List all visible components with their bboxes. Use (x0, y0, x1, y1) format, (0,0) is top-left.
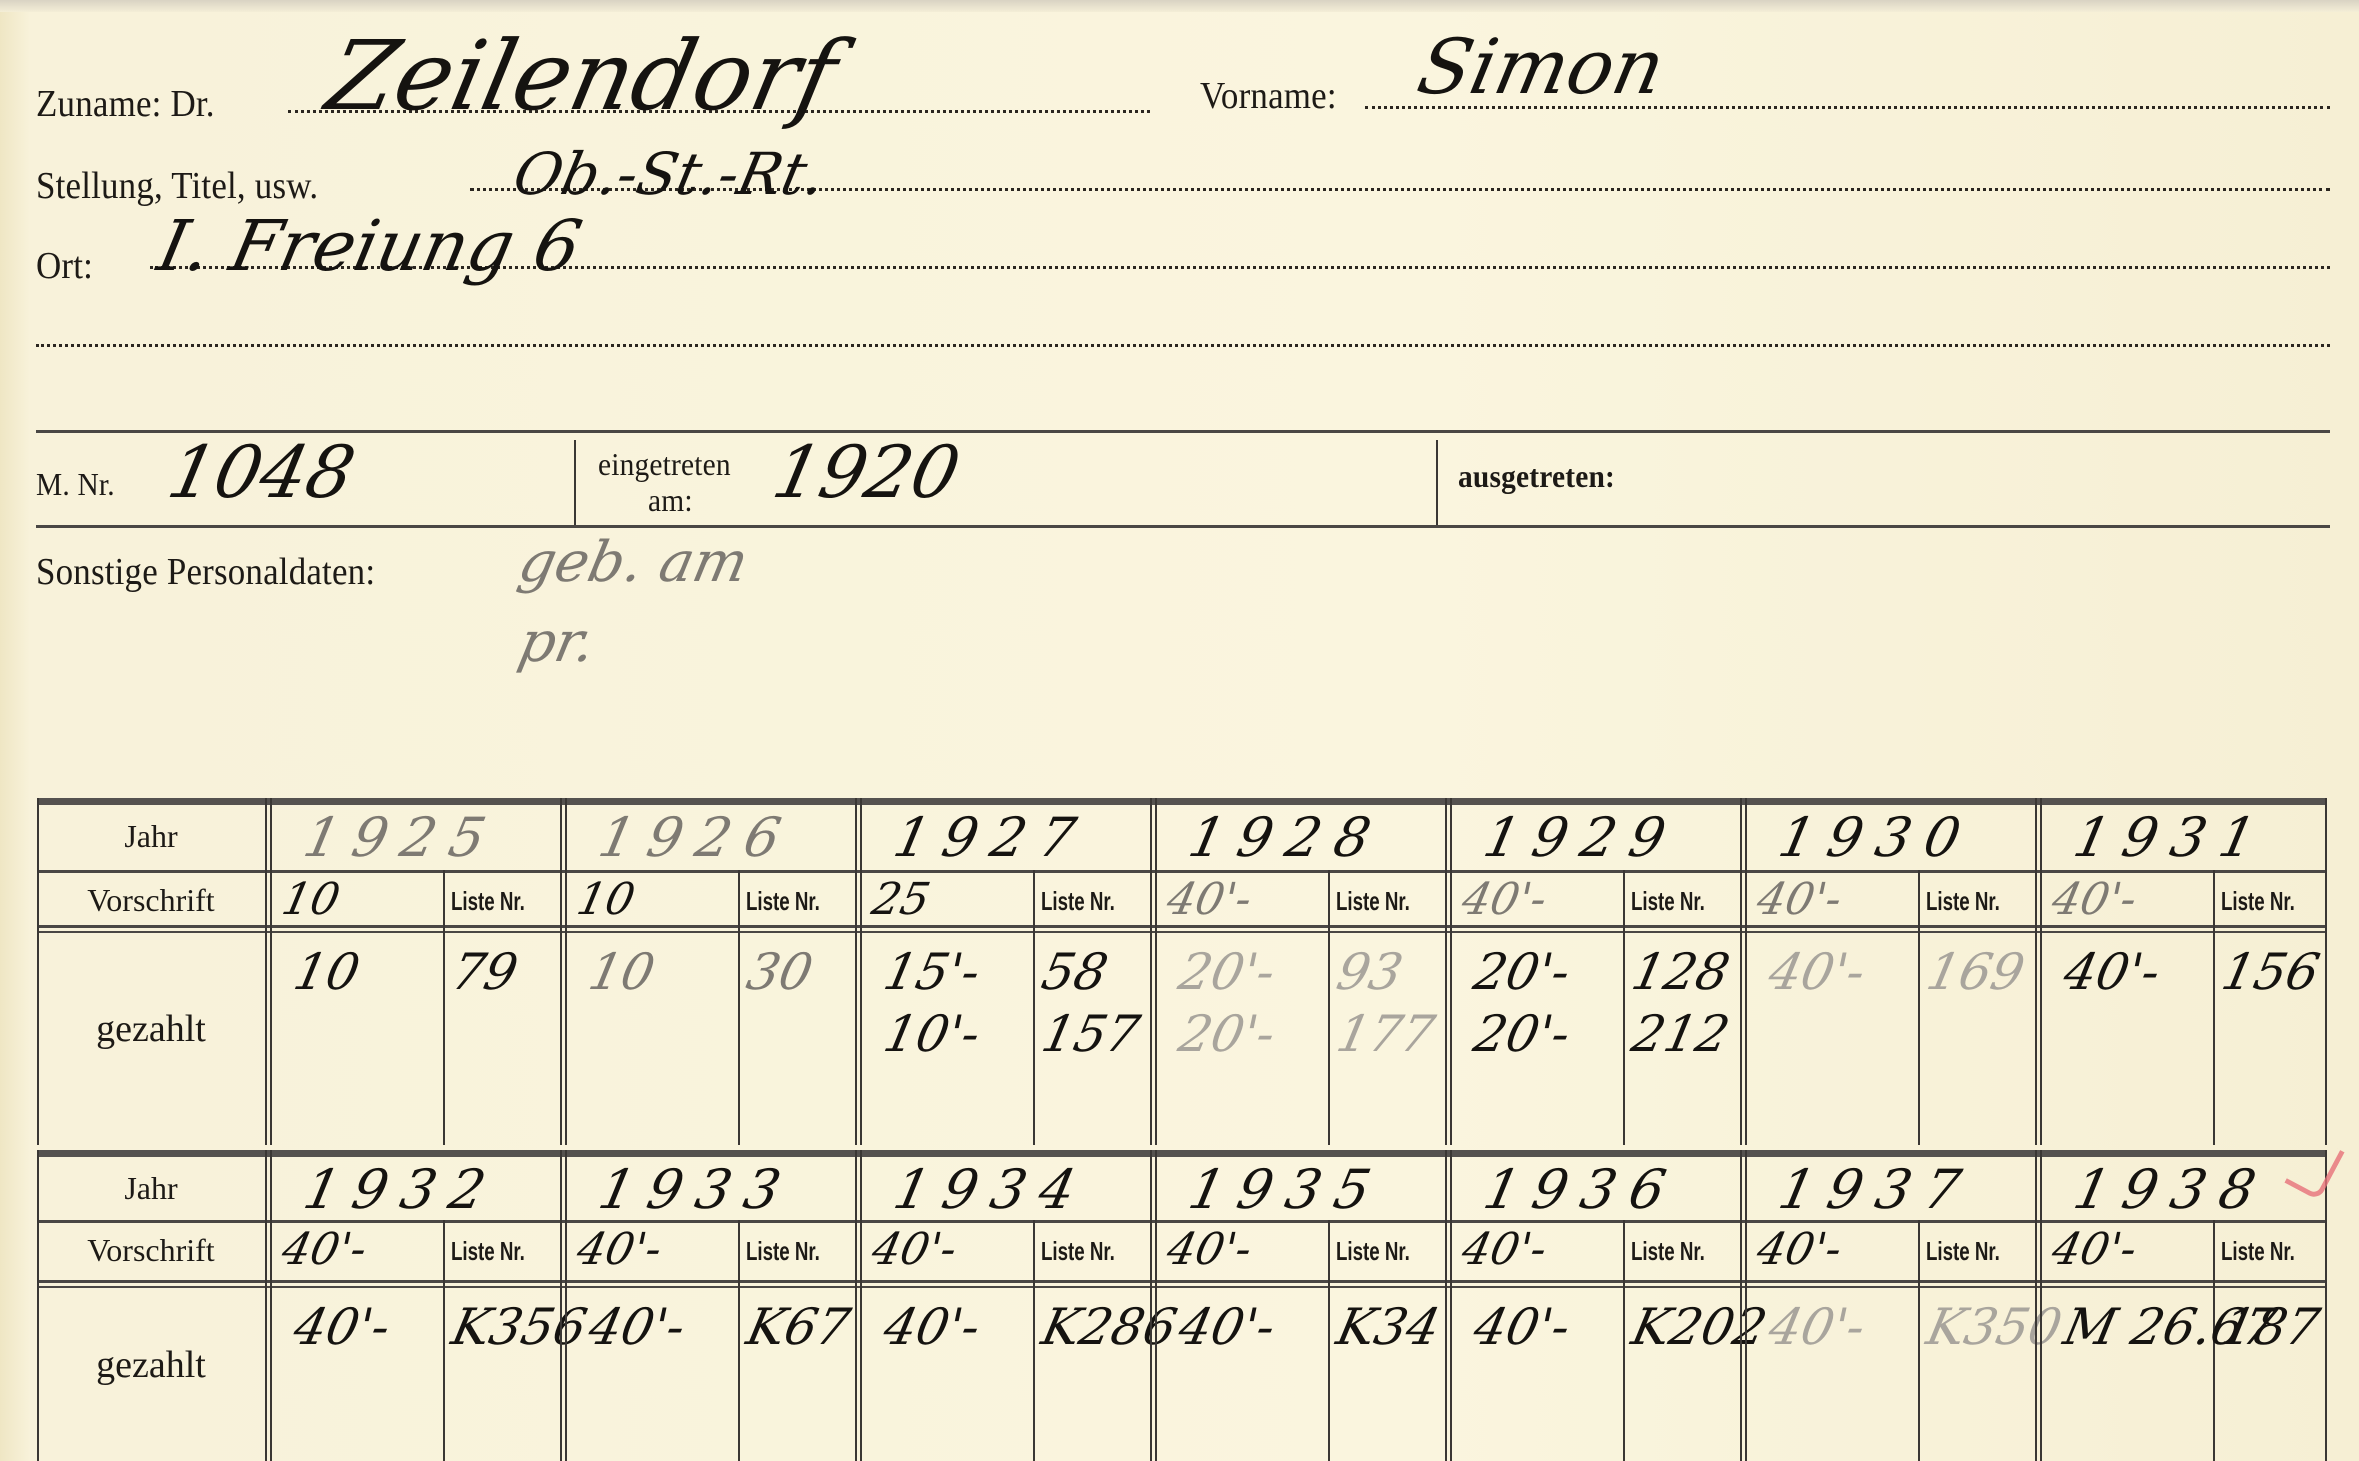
list-no-value: 187 (2217, 1298, 2325, 1356)
column-divider (1445, 1150, 1447, 1461)
paid-value: 40'- (584, 1298, 691, 1356)
year-value: 1928 (1183, 806, 1390, 869)
firstname-value: Simon (1411, 22, 1673, 111)
list-no-label: Liste Nr. (1926, 1236, 2000, 1267)
list-no-value: K356 (447, 1298, 592, 1356)
column-divider (860, 798, 862, 1145)
row-label-required: Vorschrift (37, 1232, 265, 1269)
surname-value: Zeilendorf (318, 20, 846, 132)
card-edge (0, 0, 2359, 12)
required-value: 40'- (2048, 874, 2142, 925)
paid-value: 20'- (1469, 943, 1576, 1001)
column-divider (270, 798, 272, 1145)
required-value: 40'- (1163, 1224, 1257, 1275)
list-no-value: 157 (1037, 1005, 1145, 1063)
column-divider (560, 1150, 562, 1461)
column-divider (1740, 1150, 1742, 1461)
subcolumn-divider (443, 870, 445, 1145)
year-value: 1936 (1478, 1158, 1685, 1221)
list-no-label: Liste Nr. (2221, 1236, 2295, 1267)
member-no-label: M. Nr. (36, 466, 115, 503)
table-border (2325, 798, 2327, 1145)
place-label: Ort: (36, 244, 93, 288)
year-value: 1931 (2068, 806, 2275, 869)
table-top-rule (37, 798, 2325, 805)
year-value: 1925 (298, 806, 505, 869)
column-divider (1150, 1150, 1152, 1461)
list-no-label: Liste Nr. (1336, 886, 1410, 917)
column-divider (1745, 1150, 1747, 1461)
list-no-label: Liste Nr. (746, 1236, 820, 1267)
year-value: 1937 (1773, 1158, 1980, 1221)
paid-value: 20'- (1469, 1005, 1576, 1063)
column-divider (2035, 798, 2037, 1145)
required-value: 25 (868, 874, 935, 925)
personal-label: Sonstige Personaldaten: (36, 550, 375, 594)
row-rule (37, 870, 2325, 873)
list-no-label: Liste Nr. (1631, 886, 1705, 917)
list-no-value: 58 (1037, 943, 1113, 1001)
table-top-rule (37, 1150, 2325, 1157)
list-no-label: Liste Nr. (1926, 886, 2000, 917)
column-divider (560, 798, 562, 1145)
list-no-label: Liste Nr. (1631, 1236, 1705, 1267)
subcolumn-divider (443, 1220, 445, 1461)
firstname-label: Vorname: (1200, 74, 1337, 118)
subcolumn-divider (1623, 1220, 1625, 1461)
year-value: 1932 (298, 1158, 505, 1221)
year-value: 1930 (1773, 806, 1980, 869)
surname-label: Zuname: Dr. (36, 82, 215, 126)
required-value: 40'- (1458, 874, 1552, 925)
list-no-label: Liste Nr. (1041, 1236, 1115, 1267)
row-label-required: Vorschrift (37, 882, 265, 919)
paid-value: 20'- (1174, 943, 1281, 1001)
list-no-value: K286 (1037, 1298, 1182, 1356)
paid-value: 40'- (1174, 1298, 1281, 1356)
column-divider (1745, 798, 1747, 1145)
required-value: 40'- (1753, 874, 1847, 925)
column-divider (1150, 798, 1152, 1145)
list-no-value: K202 (1627, 1298, 1772, 1356)
paid-value: 40'- (1764, 943, 1871, 1001)
subcolumn-divider (1328, 1220, 1330, 1461)
list-no-value: 30 (742, 943, 818, 1001)
subcolumn-divider (738, 870, 740, 1145)
paid-value: 10 (584, 943, 660, 1001)
required-value: 10 (573, 874, 640, 925)
rule-top (36, 430, 2330, 433)
column-divider (565, 1150, 567, 1461)
column-divider (2035, 1150, 2037, 1461)
column-divider (1740, 798, 1742, 1145)
subcolumn-divider (1033, 870, 1035, 1145)
list-no-label: Liste Nr. (746, 886, 820, 917)
subcolumn-divider (1918, 870, 1920, 1145)
list-no-value: 128 (1627, 943, 1735, 1001)
required-value: 40'- (868, 1224, 962, 1275)
row-label-year: Jahr (37, 1170, 265, 1207)
joined-value: 1920 (766, 430, 967, 514)
list-no-value: 156 (2217, 943, 2325, 1001)
row-label-year: Jahr (37, 818, 265, 855)
column-divider (565, 798, 567, 1145)
paid-value: 10'- (879, 1005, 986, 1063)
left-label: ausgetreten: (1458, 458, 1615, 495)
column-divider (2040, 798, 2042, 1145)
paid-value: 40'- (2059, 943, 2166, 1001)
list-no-value: 177 (1332, 1005, 1440, 1063)
subcolumn-divider (1623, 870, 1625, 1145)
required-value: 40'- (1163, 874, 1257, 925)
list-no-value: 169 (1922, 943, 2030, 1001)
table-border (2325, 1150, 2327, 1461)
row-rule (37, 931, 2325, 933)
paid-value: 40'- (1764, 1298, 1871, 1356)
paid-value: 15'- (879, 943, 986, 1001)
paid-value: 40'- (1469, 1298, 1576, 1356)
required-value: 40'- (2048, 1224, 2142, 1275)
list-no-value: K67 (742, 1298, 855, 1356)
list-no-label: Liste Nr. (451, 886, 525, 917)
column-divider (1155, 1150, 1157, 1461)
list-no-value: K34 (1332, 1298, 1445, 1356)
required-value: 40'- (1753, 1224, 1847, 1275)
column-divider (1445, 798, 1447, 1145)
year-value: 1933 (593, 1158, 800, 1221)
place-value: I. Freiung 6 (151, 205, 588, 287)
personal-line2: pr. (513, 610, 601, 675)
subcolumn-divider (2213, 870, 2215, 1145)
paid-value: 10 (289, 943, 365, 1001)
required-value: 40'- (278, 1224, 372, 1275)
subcolumn-divider (1033, 1220, 1035, 1461)
column-divider (265, 798, 267, 1145)
row-rule (37, 925, 2325, 928)
joined-label: eingetreten (598, 446, 731, 483)
year-value: 1934 (888, 1158, 1095, 1221)
paid-value: 40'- (289, 1298, 396, 1356)
position-value: Ob.-St.-Rt. (508, 140, 832, 208)
year-value: 1938 (2068, 1158, 2275, 1221)
column-divider (855, 798, 857, 1145)
row-rule (37, 1280, 2325, 1283)
list-no-value: 93 (1332, 943, 1408, 1001)
membership-card: Zuname: Dr. Zeilendorf Vorname: Simon St… (0, 0, 2359, 1461)
position-label: Stellung, Titel, usw. (36, 164, 318, 208)
year-value: 1935 (1183, 1158, 1390, 1221)
list-no-label: Liste Nr. (1041, 886, 1115, 917)
required-value: 40'- (1458, 1224, 1552, 1275)
row-label-paid: gezahlt (37, 1343, 265, 1387)
rule-bottom (36, 525, 2330, 528)
column-divider (1450, 798, 1452, 1145)
row-rule (37, 1286, 2325, 1288)
divider (574, 440, 576, 525)
paid-value: 40'- (879, 1298, 986, 1356)
column-divider (1450, 1150, 1452, 1461)
column-divider (265, 1150, 267, 1461)
column-divider (860, 1150, 862, 1461)
column-divider (270, 1150, 272, 1461)
year-value: 1927 (888, 806, 1095, 869)
joined-label-am: am: (648, 482, 693, 519)
required-value: 40'- (573, 1224, 667, 1275)
subcolumn-divider (1918, 1220, 1920, 1461)
subcolumn-divider (738, 1220, 740, 1461)
list-no-value: 79 (447, 943, 523, 1001)
subcolumn-divider (1328, 870, 1330, 1145)
extra-line (36, 344, 2330, 347)
list-no-value: 212 (1627, 1005, 1735, 1063)
year-value: 1926 (593, 806, 800, 869)
list-no-label: Liste Nr. (2221, 886, 2295, 917)
divider (1436, 440, 1438, 525)
list-no-label: Liste Nr. (451, 1236, 525, 1267)
list-no-label: Liste Nr. (1336, 1236, 1410, 1267)
row-label-paid: gezahlt (37, 1007, 265, 1051)
column-divider (2040, 1150, 2042, 1461)
personal-line1: geb. am (513, 530, 754, 595)
column-divider (1155, 798, 1157, 1145)
required-value: 10 (278, 874, 345, 925)
year-value: 1929 (1478, 806, 1685, 869)
column-divider (855, 1150, 857, 1461)
red-checkmark-icon (2284, 1134, 2344, 1201)
paid-value: 20'- (1174, 1005, 1281, 1063)
member-no-value: 1048 (161, 430, 362, 514)
list-no-value: K350 (1922, 1298, 2067, 1356)
